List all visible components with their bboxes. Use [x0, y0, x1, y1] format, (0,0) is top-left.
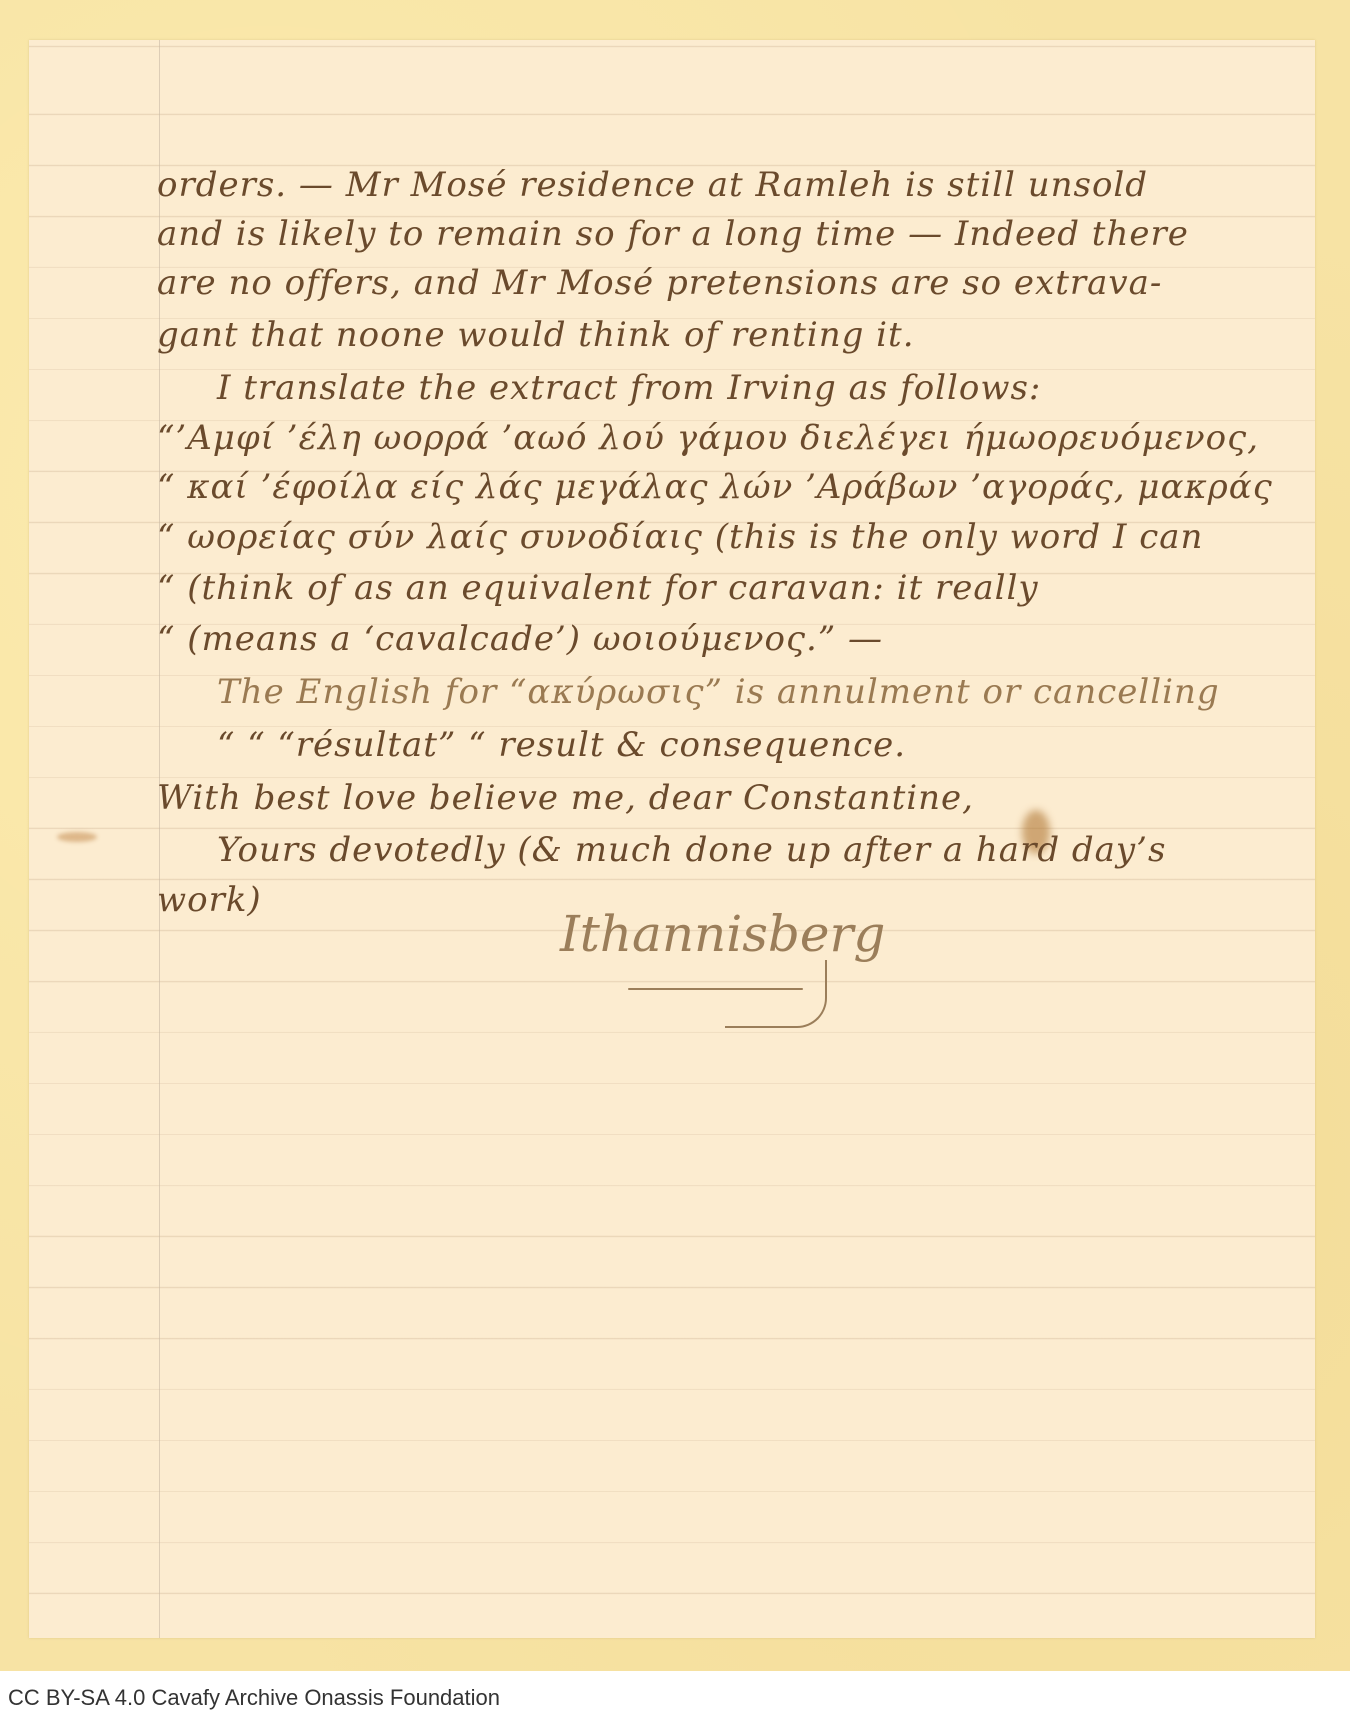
- letter-line-11: The English for “ακύρωσις” is annulment …: [157, 672, 1320, 712]
- letter-text: orders. — Mr Mosé residence at Ramleh is…: [0, 0, 1350, 1722]
- letter-line-closing: With best love believe me, dear Constant…: [157, 778, 1320, 818]
- letter-line-greek-1: “’Αμφί ’έλη ωορρά ’αωό λού γάμου διελέγε…: [157, 418, 1320, 458]
- letter-line-12: “ “ “résultat” “ result & consequence.: [157, 725, 1320, 765]
- signature: Ithannisberg: [560, 905, 885, 963]
- letter-line-10: “ (means a ‘cavalcade’) ωοιούμενος.” —: [157, 619, 1320, 659]
- letter-line-2: and is likely to remain so for a long ti…: [157, 214, 1320, 254]
- signature-flourish: [725, 960, 827, 1028]
- license-credit: CC BY-SA 4.0 Cavafy Archive Onassis Foun…: [8, 1685, 500, 1711]
- letter-line-1: orders. — Mr Mosé residence at Ramleh is…: [157, 165, 1320, 205]
- letter-line-valediction: Yours devotedly (& much done up after a …: [157, 830, 1320, 870]
- letter-line-4: gant that noone would think of renting i…: [157, 315, 1320, 355]
- letter-line-3: are no offers, and Mr Mosé pretensions a…: [157, 263, 1320, 303]
- letter-line-greek-2: “ καί ’έφοίλα είς λάς μεγάλας λών ’Αράβω…: [157, 467, 1320, 507]
- letter-line-greek-3: “ ωορείας σύν λαίς συνοδίαις (this is th…: [157, 517, 1320, 557]
- letter-line-5: I translate the extract from Irving as f…: [157, 368, 1320, 408]
- letter-line-9: “ (think of as an equivalent for caravan…: [157, 568, 1320, 608]
